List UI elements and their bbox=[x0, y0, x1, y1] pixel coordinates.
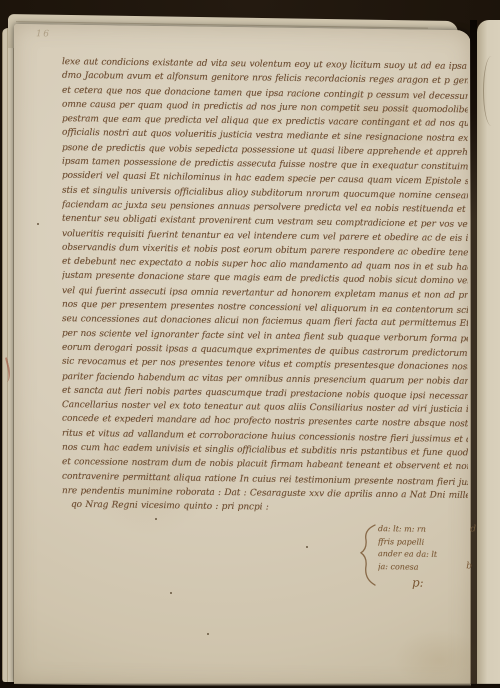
manuscript-photo: 16 lexe aut condicions existante ad vita… bbox=[0, 0, 500, 688]
next-folio-edge bbox=[477, 20, 500, 684]
note-line: ander ea da: lt bbox=[378, 548, 462, 562]
page-gutter-shadow bbox=[470, 20, 477, 684]
note-line: ffris papelli bbox=[378, 536, 462, 550]
ink-spot bbox=[207, 633, 209, 635]
ink-spot bbox=[37, 223, 39, 225]
manuscript-text-block: lexe aut condicions existante ad vita se… bbox=[62, 55, 468, 518]
ink-spot bbox=[170, 592, 172, 594]
note-line: da: lt: m: rn bbox=[378, 523, 462, 537]
note-brace-mark bbox=[360, 523, 378, 589]
pencil-curve-mark bbox=[483, 56, 500, 126]
note-line: ja: conesa bbox=[378, 561, 462, 575]
note-bottom-mark: p: bbox=[412, 576, 424, 590]
manuscript-page: 16 lexe aut condicions existante ad vita… bbox=[14, 24, 471, 688]
ink-spot bbox=[306, 546, 308, 548]
ink-spot bbox=[155, 518, 157, 520]
marginal-note: da: lt: m: rn ffris papelli ander ea da:… bbox=[360, 521, 478, 597]
note-text-lines: da: lt: m: rn ffris papelli ander ea da:… bbox=[378, 523, 462, 574]
photo-bottom-edge bbox=[0, 683, 500, 688]
folio-number: 16 bbox=[36, 29, 50, 39]
